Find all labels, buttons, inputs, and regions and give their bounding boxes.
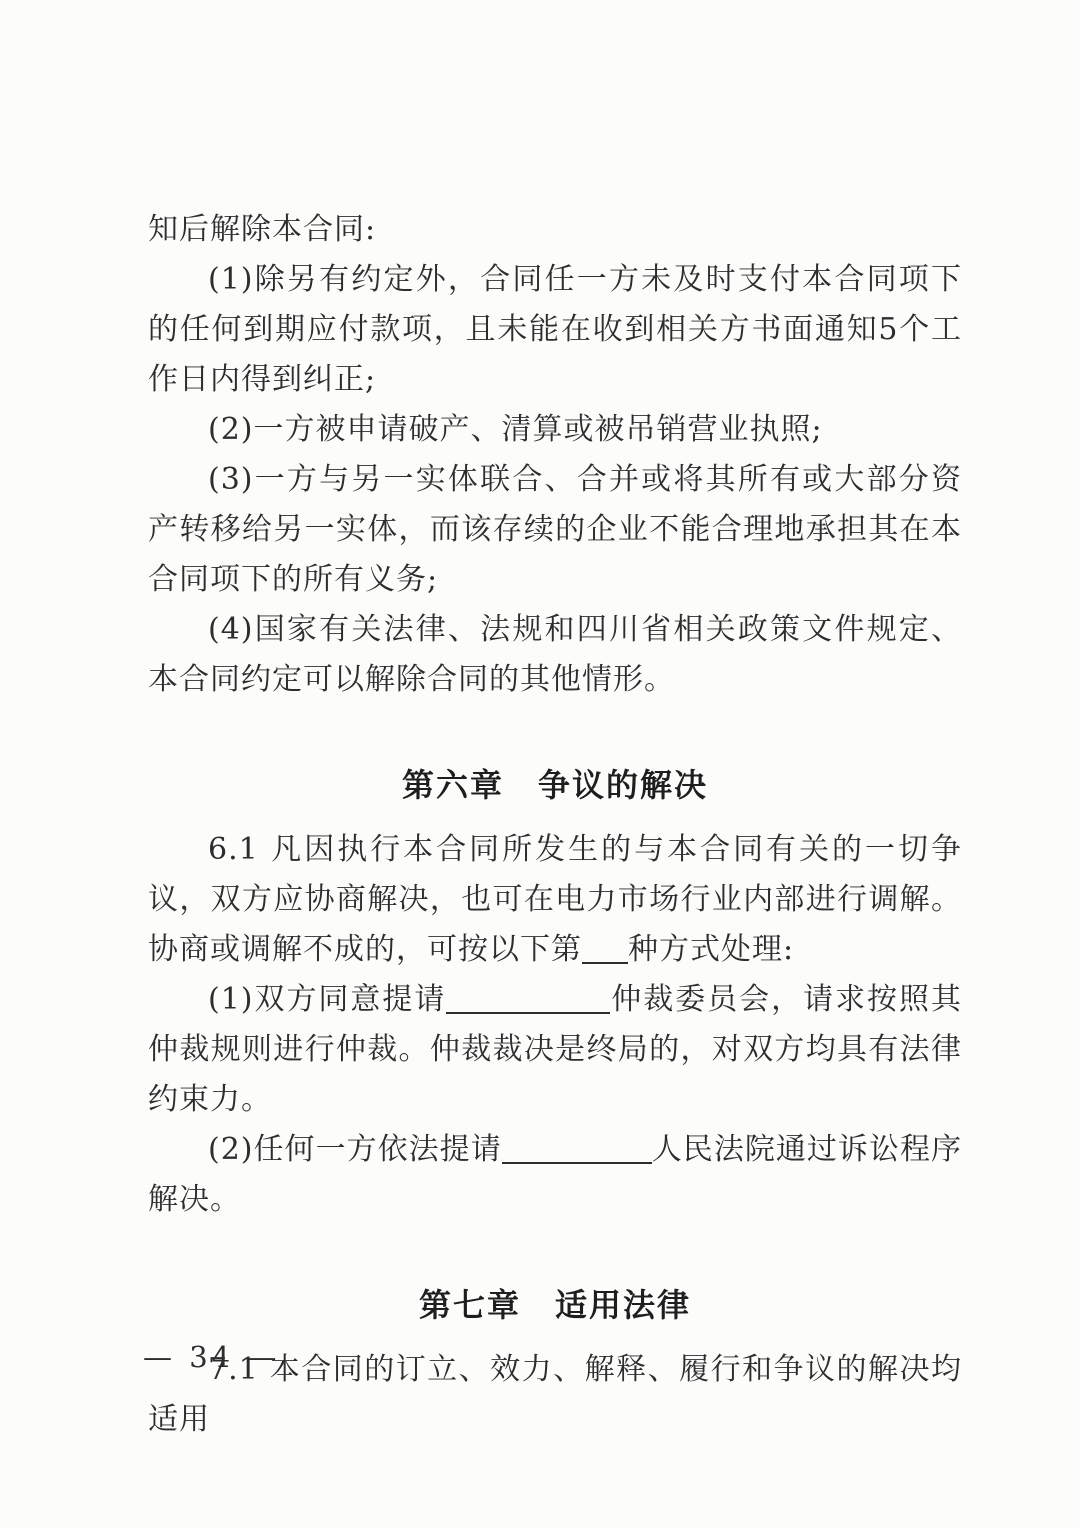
- clause-6-1-text-after-blank: 种方式处理:: [628, 932, 794, 967]
- fill-in-blank-method-number: [582, 932, 628, 964]
- chapter-6-heading: 第六章 争议的解决: [148, 760, 962, 810]
- dispute-option-1-text-before-blank: (1)双方同意提请: [208, 982, 446, 1017]
- page-number: — 34 —: [143, 1340, 280, 1374]
- termination-item-2: (2)一方被申请破产、清算或被吊销营业执照;: [148, 405, 962, 455]
- clause-6-1-paragraph: 6.1 凡因执行本合同所发生的与本合同有关的一切争议，双方应协商解决，也可在电力…: [148, 825, 962, 975]
- dispute-option-2-text-before-blank: (2)任何一方依法提请: [208, 1132, 502, 1167]
- fill-in-blank-peoples-court: [502, 1132, 652, 1164]
- fill-in-blank-arbitration-commission: [446, 982, 610, 1014]
- scanned-document-page: 知后解除本合同: (1)除另有约定外，合同任一方未及时支付本合同项下的任何到期应…: [0, 0, 1080, 1528]
- clause-6-1-text-before-blank: 6.1 凡因执行本合同所发生的与本合同有关的一切争议，双方应协商解决，也可在电力…: [148, 832, 962, 967]
- termination-item-3: (3)一方与另一实体联合、合并或将其所有或大部分资产转移给另一实体，而该存续的企…: [148, 455, 962, 605]
- dispute-option-2-paragraph: (2)任何一方依法提请人民法院通过诉讼程序解决。: [148, 1125, 962, 1225]
- dispute-option-1-paragraph: (1)双方同意提请仲裁委员会，请求按照其仲裁规则进行仲裁。仲裁裁决是终局的，对双…: [148, 975, 962, 1125]
- chapter-7-heading: 第七章 适用法律: [148, 1280, 962, 1330]
- termination-item-1: (1)除另有约定外，合同任一方未及时支付本合同项下的任何到期应付款项，且未能在收…: [148, 255, 962, 405]
- termination-item-4: (4)国家有关法律、法规和四川省相关政策文件规定、本合同约定可以解除合同的其他情…: [148, 605, 962, 705]
- document-body: 知后解除本合同: (1)除另有约定外，合同任一方未及时支付本合同项下的任何到期应…: [148, 205, 962, 1445]
- continuation-line: 知后解除本合同:: [148, 205, 962, 255]
